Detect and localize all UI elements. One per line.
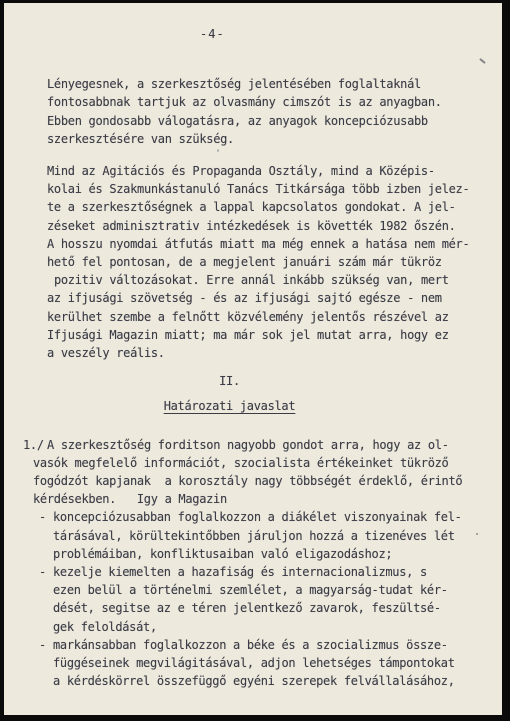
scanned-page-frame: -4- Lényegesnek, a szerkesztőség jelenté…: [0, 0, 510, 721]
bullet-text: koncepciózusabban foglalkozzon a diákéle…: [53, 510, 462, 560]
section-title: Határozati javaslat: [47, 397, 412, 415]
bullet-dash-icon: -: [39, 563, 46, 581]
page-number: -4-: [200, 25, 484, 43]
bullet-dash-icon: -: [39, 636, 46, 654]
resolution-bullet-1: - koncepciózusabban foglalkozzon a diáké…: [39, 508, 484, 563]
resolution-bullet-3: - markánsabban foglalkozzon a béke és a …: [39, 636, 484, 691]
resolution-bullet-2: - kezelje kiemelten a hazafiság és inter…: [39, 563, 484, 636]
bullet-dash-icon: -: [39, 508, 46, 526]
section-numeral: II.: [47, 372, 412, 390]
scan-speck: [217, 149, 219, 152]
section-heading: II. Határozati javaslat: [47, 372, 412, 415]
document-page: -4- Lényegesnek, a szerkesztőség jelenté…: [4, 3, 502, 715]
bullet-text: kezelje kiemelten a hazafiság és interna…: [53, 565, 448, 634]
resolution-item-1: 1./ A szerkesztőség forditson nagyobb go…: [33, 436, 484, 691]
bullet-text: markánsabban foglalkozzon a béke és a sz…: [53, 638, 455, 688]
resolution-item-number: 1./: [23, 436, 44, 454]
resolution-item-text: A szerkesztőség forditson nagyobb gondot…: [33, 438, 462, 507]
paragraph-reading-material: Lényegesnek, a szerkesztőség jelentésébe…: [47, 75, 484, 148]
paragraph-agitprop-department: Mind az Agitációs és Propaganda Osztály,…: [47, 162, 484, 362]
scan-speck: [479, 58, 486, 64]
scan-speck: [476, 533, 478, 535]
